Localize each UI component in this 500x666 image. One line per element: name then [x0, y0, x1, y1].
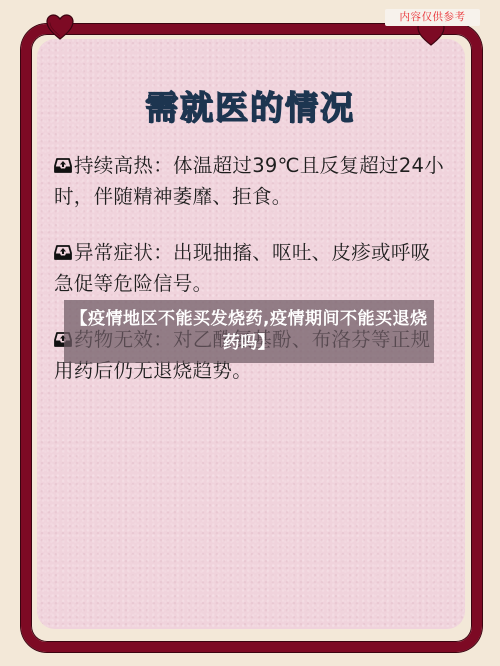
list-item: 异常症状：出现抽搐、呕吐、皮疹或呼吸急促等危险信号。	[54, 237, 450, 299]
inbox-upload-icon	[54, 244, 72, 260]
disclaimer-badge: 内容仅供参考	[385, 9, 480, 26]
caption-overlay: 【疫情地区不能买发烧药,疫情期间不能买退烧药吗】	[64, 300, 434, 363]
symptom-list: 持续高热：体温超过39℃且反复超过24小时，伴随精神萎靡、拒食。 异常症状：出现…	[54, 150, 450, 411]
item-label: 异常症状：	[74, 241, 173, 264]
poster-title: 需就医的情况	[0, 82, 500, 129]
heart-icon	[45, 12, 75, 42]
list-item: 持续高热：体温超过39℃且反复超过24小时，伴随精神萎靡、拒食。	[54, 150, 450, 212]
inbox-upload-icon	[54, 157, 72, 173]
item-label: 持续高热：	[74, 154, 173, 177]
